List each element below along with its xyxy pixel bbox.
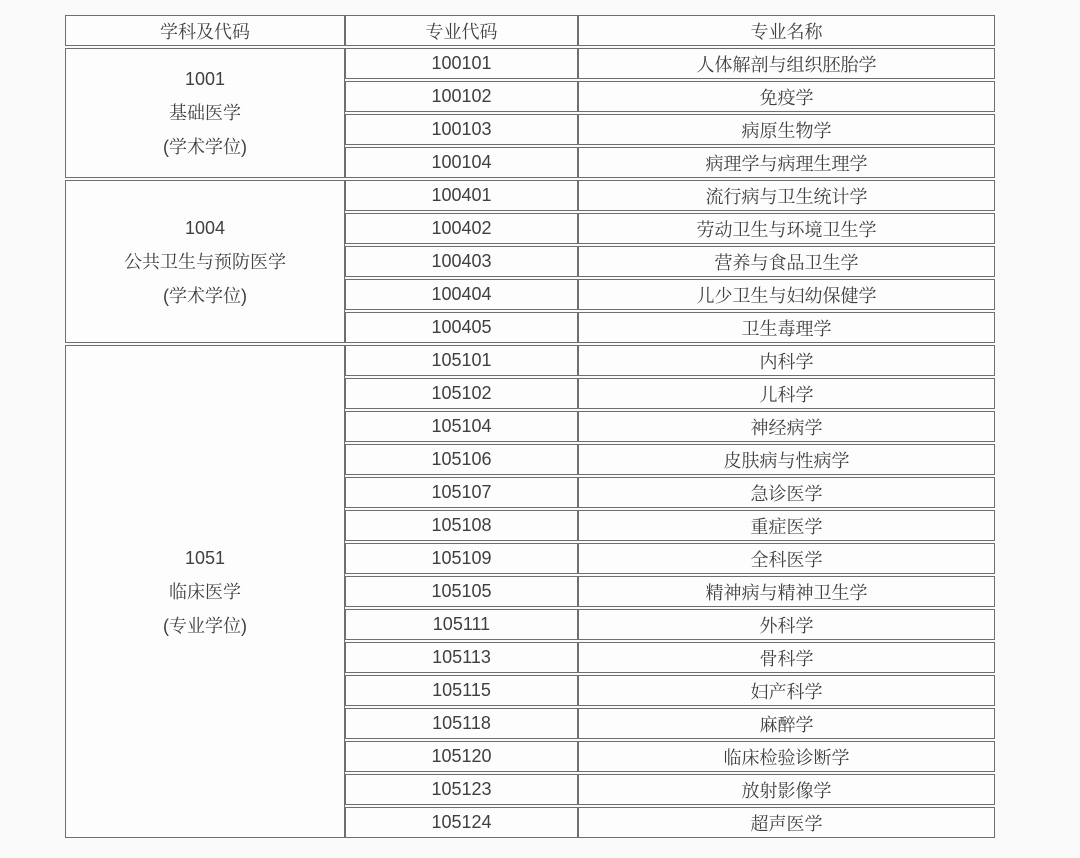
major-name-cell: 营养与食品卫生学	[578, 246, 995, 277]
major-name-cell: 放射影像学	[578, 774, 995, 805]
major-code-cell: 100404	[345, 279, 578, 310]
major-name-cell: 神经病学	[578, 411, 995, 442]
major-name-cell: 劳动卫生与环境卫生学	[578, 213, 995, 244]
major-code-cell: 105104	[345, 411, 578, 442]
major-code-cell: 105115	[345, 675, 578, 706]
major-name-cell: 外科学	[578, 609, 995, 640]
major-name-cell: 皮肤病与性病学	[578, 444, 995, 475]
major-code-cell: 100103	[345, 114, 578, 145]
header-row: 学科及代码 专业代码 专业名称	[65, 15, 995, 46]
major-code-cell: 105108	[345, 510, 578, 541]
discipline-degree: (专业学位)	[66, 609, 344, 643]
major-name-cell: 急诊医学	[578, 477, 995, 508]
discipline-degree: (学术学位)	[66, 130, 344, 164]
major-name-cell: 流行病与卫生统计学	[578, 180, 995, 211]
major-code-cell: 105107	[345, 477, 578, 508]
major-name-cell: 儿少卫生与妇幼保健学	[578, 279, 995, 310]
major-code-cell: 105123	[345, 774, 578, 805]
major-name-cell: 病原生物学	[578, 114, 995, 145]
major-code-cell: 105120	[345, 741, 578, 772]
discipline-code: 1004	[66, 211, 344, 245]
major-code-cell: 100401	[345, 180, 578, 211]
table-body: 1001基础医学(学术学位)100101人体解剖与组织胚胎学100102免疫学1…	[65, 48, 995, 838]
major-code-cell: 105118	[345, 708, 578, 739]
major-name-cell: 内科学	[578, 345, 995, 376]
page: 学科及代码 专业代码 专业名称 1001基础医学(学术学位)100101人体解剖…	[0, 0, 1080, 858]
major-code-cell: 105105	[345, 576, 578, 607]
table-row: 1001基础医学(学术学位)100101人体解剖与组织胚胎学	[65, 48, 995, 79]
major-name-cell: 精神病与精神卫生学	[578, 576, 995, 607]
major-name-cell: 免疫学	[578, 81, 995, 112]
major-code-cell: 100403	[345, 246, 578, 277]
discipline-cell: 1001基础医学(学术学位)	[65, 48, 345, 178]
major-code-cell: 100104	[345, 147, 578, 178]
majors-table: 学科及代码 专业代码 专业名称 1001基础医学(学术学位)100101人体解剖…	[65, 13, 995, 840]
major-name-cell: 重症医学	[578, 510, 995, 541]
major-name-cell: 麻醉学	[578, 708, 995, 739]
major-code-cell: 100405	[345, 312, 578, 343]
major-name-cell: 妇产科学	[578, 675, 995, 706]
major-code-cell: 100102	[345, 81, 578, 112]
table-row: 1004公共卫生与预防医学(学术学位)100401流行病与卫生统计学	[65, 180, 995, 211]
discipline-code: 1051	[66, 541, 344, 575]
major-code-cell: 105124	[345, 807, 578, 838]
discipline-name: 基础医学	[66, 96, 344, 130]
major-name-cell: 卫生毒理学	[578, 312, 995, 343]
major-name-cell: 病理学与病理生理学	[578, 147, 995, 178]
discipline-cell: 1004公共卫生与预防医学(学术学位)	[65, 180, 345, 343]
major-code-cell: 105106	[345, 444, 578, 475]
major-code-cell: 105101	[345, 345, 578, 376]
col-header-major-code: 专业代码	[345, 15, 578, 46]
discipline-cell: 1051临床医学(专业学位)	[65, 345, 345, 838]
major-code-cell: 105113	[345, 642, 578, 673]
major-name-cell: 临床检验诊断学	[578, 741, 995, 772]
major-code-cell: 105109	[345, 543, 578, 574]
discipline-name: 公共卫生与预防医学	[66, 245, 344, 279]
discipline-degree: (学术学位)	[66, 279, 344, 313]
major-name-cell: 超声医学	[578, 807, 995, 838]
col-header-major-name: 专业名称	[578, 15, 995, 46]
col-header-discipline: 学科及代码	[65, 15, 345, 46]
major-name-cell: 骨科学	[578, 642, 995, 673]
major-name-cell: 儿科学	[578, 378, 995, 409]
major-name-cell: 人体解剖与组织胚胎学	[578, 48, 995, 79]
major-code-cell: 105102	[345, 378, 578, 409]
table-row: 1051临床医学(专业学位)105101内科学	[65, 345, 995, 376]
major-code-cell: 100402	[345, 213, 578, 244]
discipline-code: 1001	[66, 62, 344, 96]
major-code-cell: 100101	[345, 48, 578, 79]
discipline-name: 临床医学	[66, 575, 344, 609]
major-name-cell: 全科医学	[578, 543, 995, 574]
major-code-cell: 105111	[345, 609, 578, 640]
